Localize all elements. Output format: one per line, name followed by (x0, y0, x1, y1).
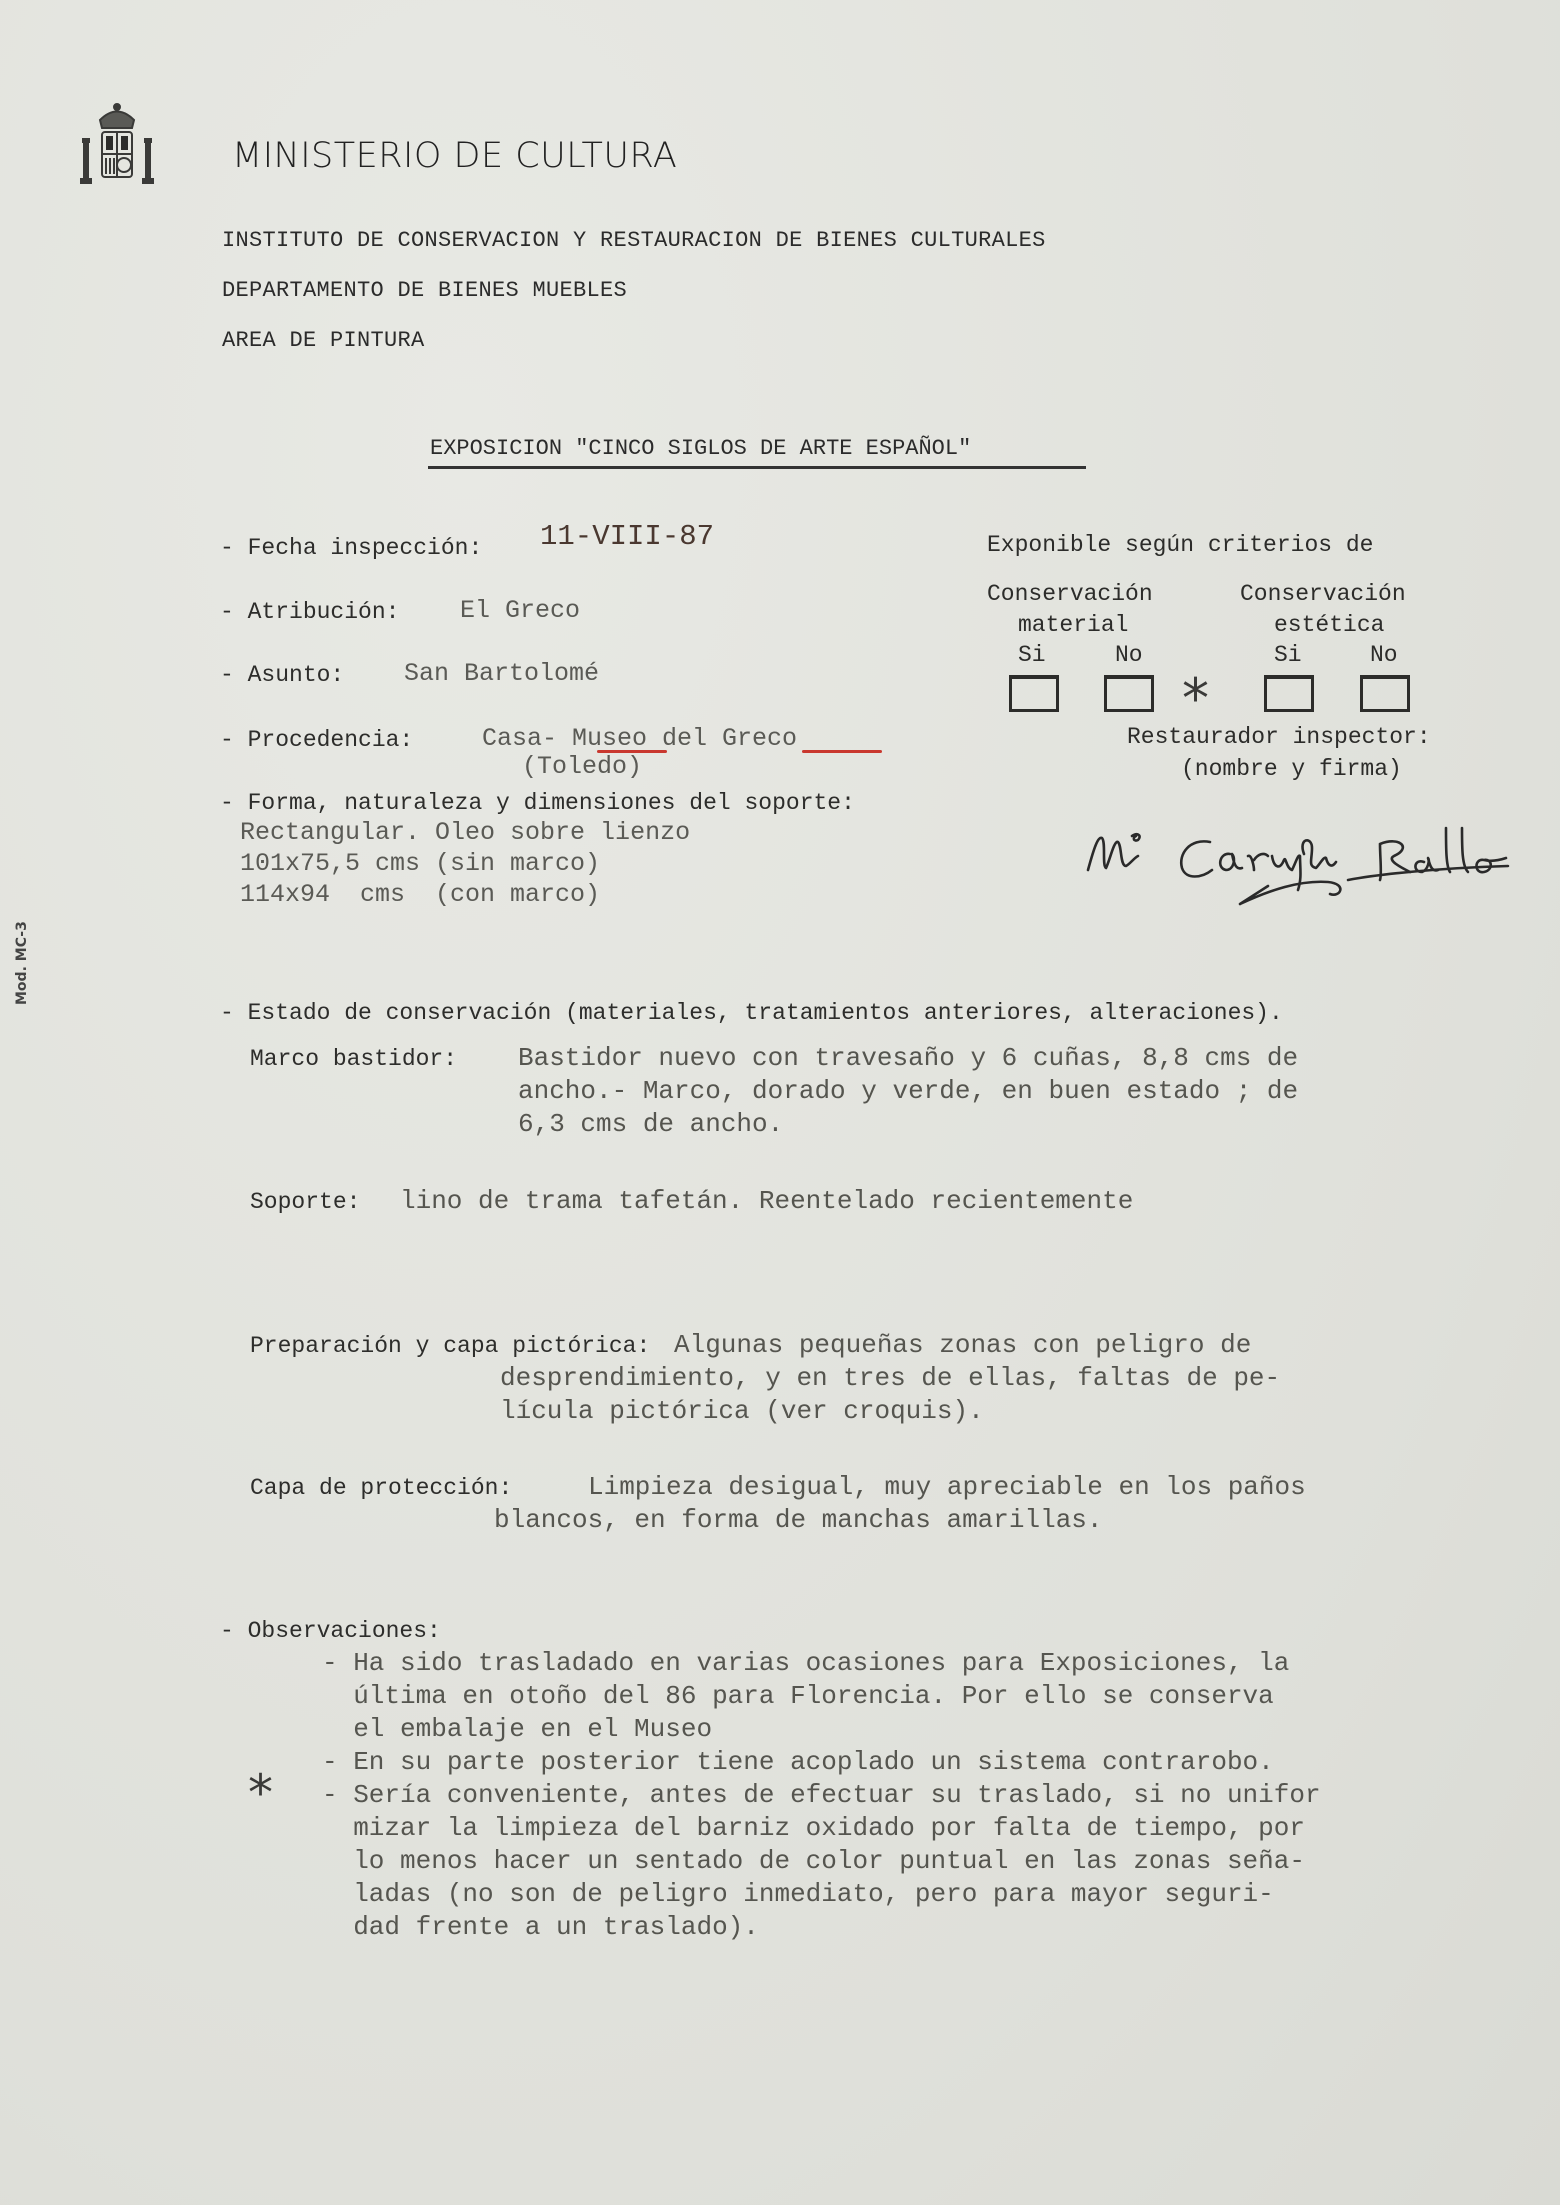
observacion-line-7: lo menos hacer un sentado de color puntu… (322, 1846, 1305, 1876)
estetica-no-label: No (1370, 642, 1398, 668)
observacion-line-5: - Sería conveniente, antes de efectuar s… (322, 1780, 1321, 1810)
red-underline-greco (802, 750, 882, 753)
observacion-line-1: - Ha sido trasladado en varias ocasiones… (322, 1648, 1289, 1678)
observacion-line-4: - En su parte posterior tiene acoplado u… (322, 1747, 1274, 1777)
observacion-line-3: el embalaje en el Museo (322, 1714, 712, 1744)
fecha-label: - Fecha inspección: (220, 535, 482, 561)
marco-line-3: 6,3 cms de ancho. (518, 1109, 783, 1139)
observacion-line-6: mizar la limpieza del barniz oxidado por… (322, 1813, 1305, 1843)
checkbox-estetica-si[interactable] (1264, 675, 1314, 712)
procedencia-label: - Procedencia: (220, 727, 413, 753)
restaurador-sublabel: (nombre y firma) (1181, 756, 1402, 782)
soporte-label: - Forma, naturaleza y dimensiones del so… (220, 790, 855, 816)
estetica-si-label: Si (1274, 642, 1302, 668)
asunto-value: San Bartolomé (404, 659, 599, 688)
asunto-label: - Asunto: (220, 662, 344, 688)
marco-line-2: ancho.- Marco, dorado y verde, en buen e… (518, 1076, 1298, 1106)
form-model-code: Mod. MC-3 (14, 921, 30, 1005)
atribucion-value: El Greco (460, 596, 580, 625)
area-name: AREA DE PINTURA (222, 328, 425, 353)
preparacion-line-2: desprendimiento, y en tres de ellas, fal… (500, 1363, 1280, 1393)
department-name: DEPARTAMENTO DE BIENES MUEBLES (222, 278, 627, 303)
red-underline-museo (597, 750, 667, 753)
institute-name: INSTITUTO DE CONSERVACION Y RESTAURACION… (222, 228, 1046, 253)
checkbox-estetica-no[interactable] (1360, 675, 1410, 712)
material-subtitle: material (1018, 612, 1128, 638)
proteccion-line-1: Limpieza desigual, muy apreciable en los… (588, 1472, 1306, 1502)
material-no-label: No (1115, 642, 1143, 668)
observacion-line-9: dad frente a un traslado). (322, 1912, 759, 1942)
soporte-line-2: 101x75,5 cms (sin marco) (240, 849, 600, 878)
asterisk-marker-icon: * (1182, 672, 1209, 726)
fecha-value: 11-VIII-87 (540, 520, 714, 553)
material-title: Conservación (987, 581, 1153, 607)
soporte-estado-label: Soporte: (250, 1189, 360, 1215)
procedencia-city: (Toledo) (522, 752, 642, 781)
inspector-signature: Mª Carmen Rallo (1080, 808, 1520, 918)
spanish-coat-of-arms-icon (62, 98, 172, 193)
marco-line-1: Bastidor nuevo con travesaño y 6 cuñas, … (518, 1043, 1298, 1073)
observacion-line-8: ladas (no son de peligro inmediato, pero… (322, 1879, 1274, 1909)
preparacion-line-3: lícula pictórica (ver croquis). (500, 1396, 984, 1426)
preparacion-label: Preparación y capa pictórica: (250, 1333, 650, 1359)
checkbox-material-no[interactable] (1104, 675, 1154, 712)
observacion-line-2: última en otoño del 86 para Florencia. P… (322, 1681, 1274, 1711)
proteccion-line-2: blancos, en forma de manchas amarillas. (494, 1505, 1103, 1535)
material-si-label: Si (1018, 642, 1046, 668)
exponible-heading: Exponible según criterios de (987, 532, 1373, 558)
exhibition-title: EXPOSICION "CINCO SIGLOS DE ARTE ESPAÑOL… (430, 436, 971, 461)
ministry-name: MINISTERIO DE CULTURA (232, 136, 677, 176)
checkbox-material-si[interactable] (1009, 675, 1059, 712)
proteccion-label: Capa de protección: (250, 1475, 512, 1501)
estetica-title: Conservación (1240, 581, 1406, 607)
soporte-line-3: 114x94 cms (con marco) (240, 880, 600, 909)
title-underline (428, 466, 1086, 469)
marco-label: Marco bastidor: (250, 1046, 457, 1072)
estetica-subtitle: estética (1274, 612, 1384, 638)
estado-heading: - Estado de conservación (materiales, tr… (220, 1000, 1283, 1026)
preparacion-line-1: Algunas pequeñas zonas con peligro de (674, 1330, 1251, 1360)
restaurador-label: Restaurador inspector: (1127, 724, 1431, 750)
atribucion-label: - Atribución: (220, 599, 399, 625)
soporte-line-1: Rectangular. Oleo sobre lienzo (240, 818, 690, 847)
procedencia-value: Casa- Museo del Greco (482, 724, 797, 753)
observation-asterisk-icon: * (248, 1768, 273, 1818)
soporte-estado-text: lino de trama tafetán. Reentelado recien… (400, 1186, 1133, 1216)
observaciones-heading: - Observaciones: (220, 1618, 441, 1644)
